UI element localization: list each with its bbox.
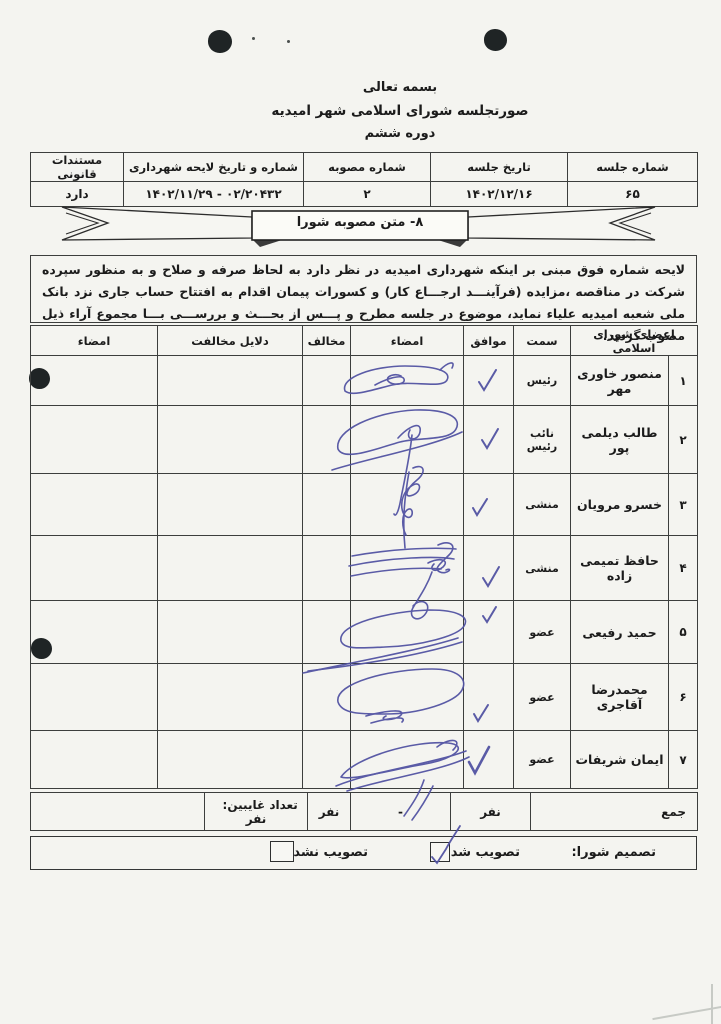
row-number: ۷	[669, 731, 698, 789]
member-name: خسرو مرویان	[571, 474, 669, 536]
absent-count: تعداد غایبین: نفر	[205, 793, 308, 831]
empty-cell	[31, 793, 205, 831]
oppose-reasons-header: دلایل مخالفت	[158, 326, 303, 356]
hole-punch-mark	[208, 30, 232, 53]
scanned-council-minutes-page: بسمه تعالی صورتجلسه شورای اسلامی شهر امی…	[0, 0, 721, 1024]
banner-title: ۸- متن مصوبه شورا	[252, 215, 468, 230]
member-name: ایمان شریفات	[571, 731, 669, 789]
resolution-number-header: شماره مصوبه	[304, 153, 431, 182]
member-name: حمید رفیعی	[571, 601, 669, 664]
table-row: ۷ ایمان شریفات عضو	[31, 731, 698, 789]
signature-header: امضاء	[351, 326, 464, 356]
agree-header: موافق	[464, 326, 514, 356]
signature2-cell	[31, 731, 158, 789]
agree-cell	[464, 731, 514, 789]
document-header: بسمه تعالی صورتجلسه شورای اسلامی شهر امی…	[80, 80, 720, 141]
besmele-line: بسمه تعالی	[80, 80, 720, 95]
totals-label: جمع	[531, 793, 698, 831]
members-header: اعضای شورای اسلامی	[571, 326, 698, 356]
approved-label: تصویب شد	[451, 845, 520, 860]
oppose-cell	[303, 474, 351, 536]
table-row: ۳ خسرو مرویان منشی	[31, 474, 698, 536]
agree-cell	[464, 536, 514, 601]
info-header-row: شماره جلسه تاریخ جلسه شماره مصوبه شماره …	[31, 153, 698, 182]
agree-cell	[464, 356, 514, 406]
decision-label: تصمیم شورا:	[571, 845, 656, 860]
page-title: صورتجلسه شورای اسلامی شهر امیدیه	[80, 103, 720, 119]
member-position: رئیس	[514, 356, 571, 406]
signature-cell	[351, 601, 464, 664]
totals-table: جمع نفر - نفر تعداد غایبین: نفر	[30, 792, 698, 831]
agree-cell	[464, 664, 514, 731]
signature-cell	[351, 731, 464, 789]
members-votes-table: اعضای شورای اسلامی سمت موافق امضاء مخالف…	[30, 325, 698, 789]
signature-cell	[351, 474, 464, 536]
oppose-header: مخالف	[303, 326, 351, 356]
member-position: عضو	[514, 664, 571, 731]
members-header-row: اعضای شورای اسلامی سمت موافق امضاء مخالف…	[31, 326, 698, 356]
row-number: ۳	[669, 474, 698, 536]
agree-cell	[464, 406, 514, 474]
member-position: منشی	[514, 474, 571, 536]
signature-cell	[351, 356, 464, 406]
hole-punch-mark	[484, 29, 507, 51]
agree-cell	[464, 474, 514, 536]
signature-cell	[351, 536, 464, 601]
row-number: ۲	[669, 406, 698, 474]
member-position: عضو	[514, 731, 571, 789]
absent-value: نفر	[246, 812, 267, 826]
oppose-reason-cell	[158, 406, 303, 474]
oppose-count: نفر	[308, 793, 351, 831]
row-number: ۱	[669, 356, 698, 406]
council-decision-box: تصمیم شورا: تصویب شد تصویب نشد	[30, 836, 697, 870]
oppose-cell	[303, 406, 351, 474]
agree-cell	[464, 601, 514, 664]
table-row: ۴ حافظ تمیمی زاده منشی	[31, 536, 698, 601]
rejected-label: تصویب نشد	[293, 845, 368, 860]
table-row: ۱ منصور خاوری مهر رئیس	[31, 356, 698, 406]
oppose-cell	[303, 664, 351, 731]
oppose-cell	[303, 536, 351, 601]
table-row: ۶ محمدرضا آقاجری عضو	[31, 664, 698, 731]
oppose-reason-cell	[158, 731, 303, 789]
oppose-reason-cell	[158, 356, 303, 406]
totals-dash: -	[351, 793, 451, 831]
session-number-header: شماره جلسه	[568, 153, 698, 182]
table-row: ۲ طالب دیلمی پور نائب رئیس	[31, 406, 698, 474]
session-info-table: شماره جلسه تاریخ جلسه شماره مصوبه شماره …	[30, 152, 698, 207]
member-name: طالب دیلمی پور	[571, 406, 669, 474]
row-number: ۵	[669, 601, 698, 664]
signature-cell	[351, 406, 464, 474]
session-date-header: تاریخ جلسه	[431, 153, 568, 182]
term-line: دوره ششم	[80, 126, 720, 141]
agree-count: نفر	[451, 793, 531, 831]
legal-docs-header: مستندات قانونی	[31, 153, 124, 182]
signature2-cell	[31, 474, 158, 536]
oppose-cell	[303, 601, 351, 664]
signature2-cell	[31, 536, 158, 601]
absent-label: تعداد غایبین:	[223, 798, 298, 812]
row-number: ۴	[669, 536, 698, 601]
oppose-cell	[303, 356, 351, 406]
approved-checkbox	[430, 842, 450, 862]
oppose-reason-cell	[158, 664, 303, 731]
member-name: منصور خاوری مهر	[571, 356, 669, 406]
row-number: ۶	[669, 664, 698, 731]
member-name: محمدرضا آقاجری	[571, 664, 669, 731]
oppose-reason-cell	[158, 474, 303, 536]
totals-row: جمع نفر - نفر تعداد غایبین: نفر	[31, 793, 698, 831]
position-header: سمت	[514, 326, 571, 356]
signature2-cell	[31, 356, 158, 406]
member-position: نائب رئیس	[514, 406, 571, 474]
oppose-reason-cell	[158, 601, 303, 664]
signature-cell	[351, 664, 464, 731]
oppose-reason-cell	[158, 536, 303, 601]
bill-number-date-header: شماره و تاریخ لایحه شهرداری	[124, 153, 304, 182]
oppose-cell	[303, 731, 351, 789]
member-position: عضو	[514, 601, 571, 664]
rejected-checkbox	[270, 841, 294, 862]
scan-edge-artifact	[711, 984, 713, 1024]
signature2-header: امضاء	[31, 326, 158, 356]
signature2-cell	[31, 406, 158, 474]
member-position: منشی	[514, 536, 571, 601]
table-row: ۵ حمید رفیعی عضو	[31, 601, 698, 664]
scan-speck	[287, 40, 290, 43]
member-name: حافظ تمیمی زاده	[571, 536, 669, 601]
resolution-text-box: لایحه شماره فوق مبنی بر اینکه شهرداری ام…	[30, 255, 697, 323]
scan-speck	[252, 37, 255, 40]
signature2-cell	[31, 601, 158, 664]
signature2-cell	[31, 664, 158, 731]
